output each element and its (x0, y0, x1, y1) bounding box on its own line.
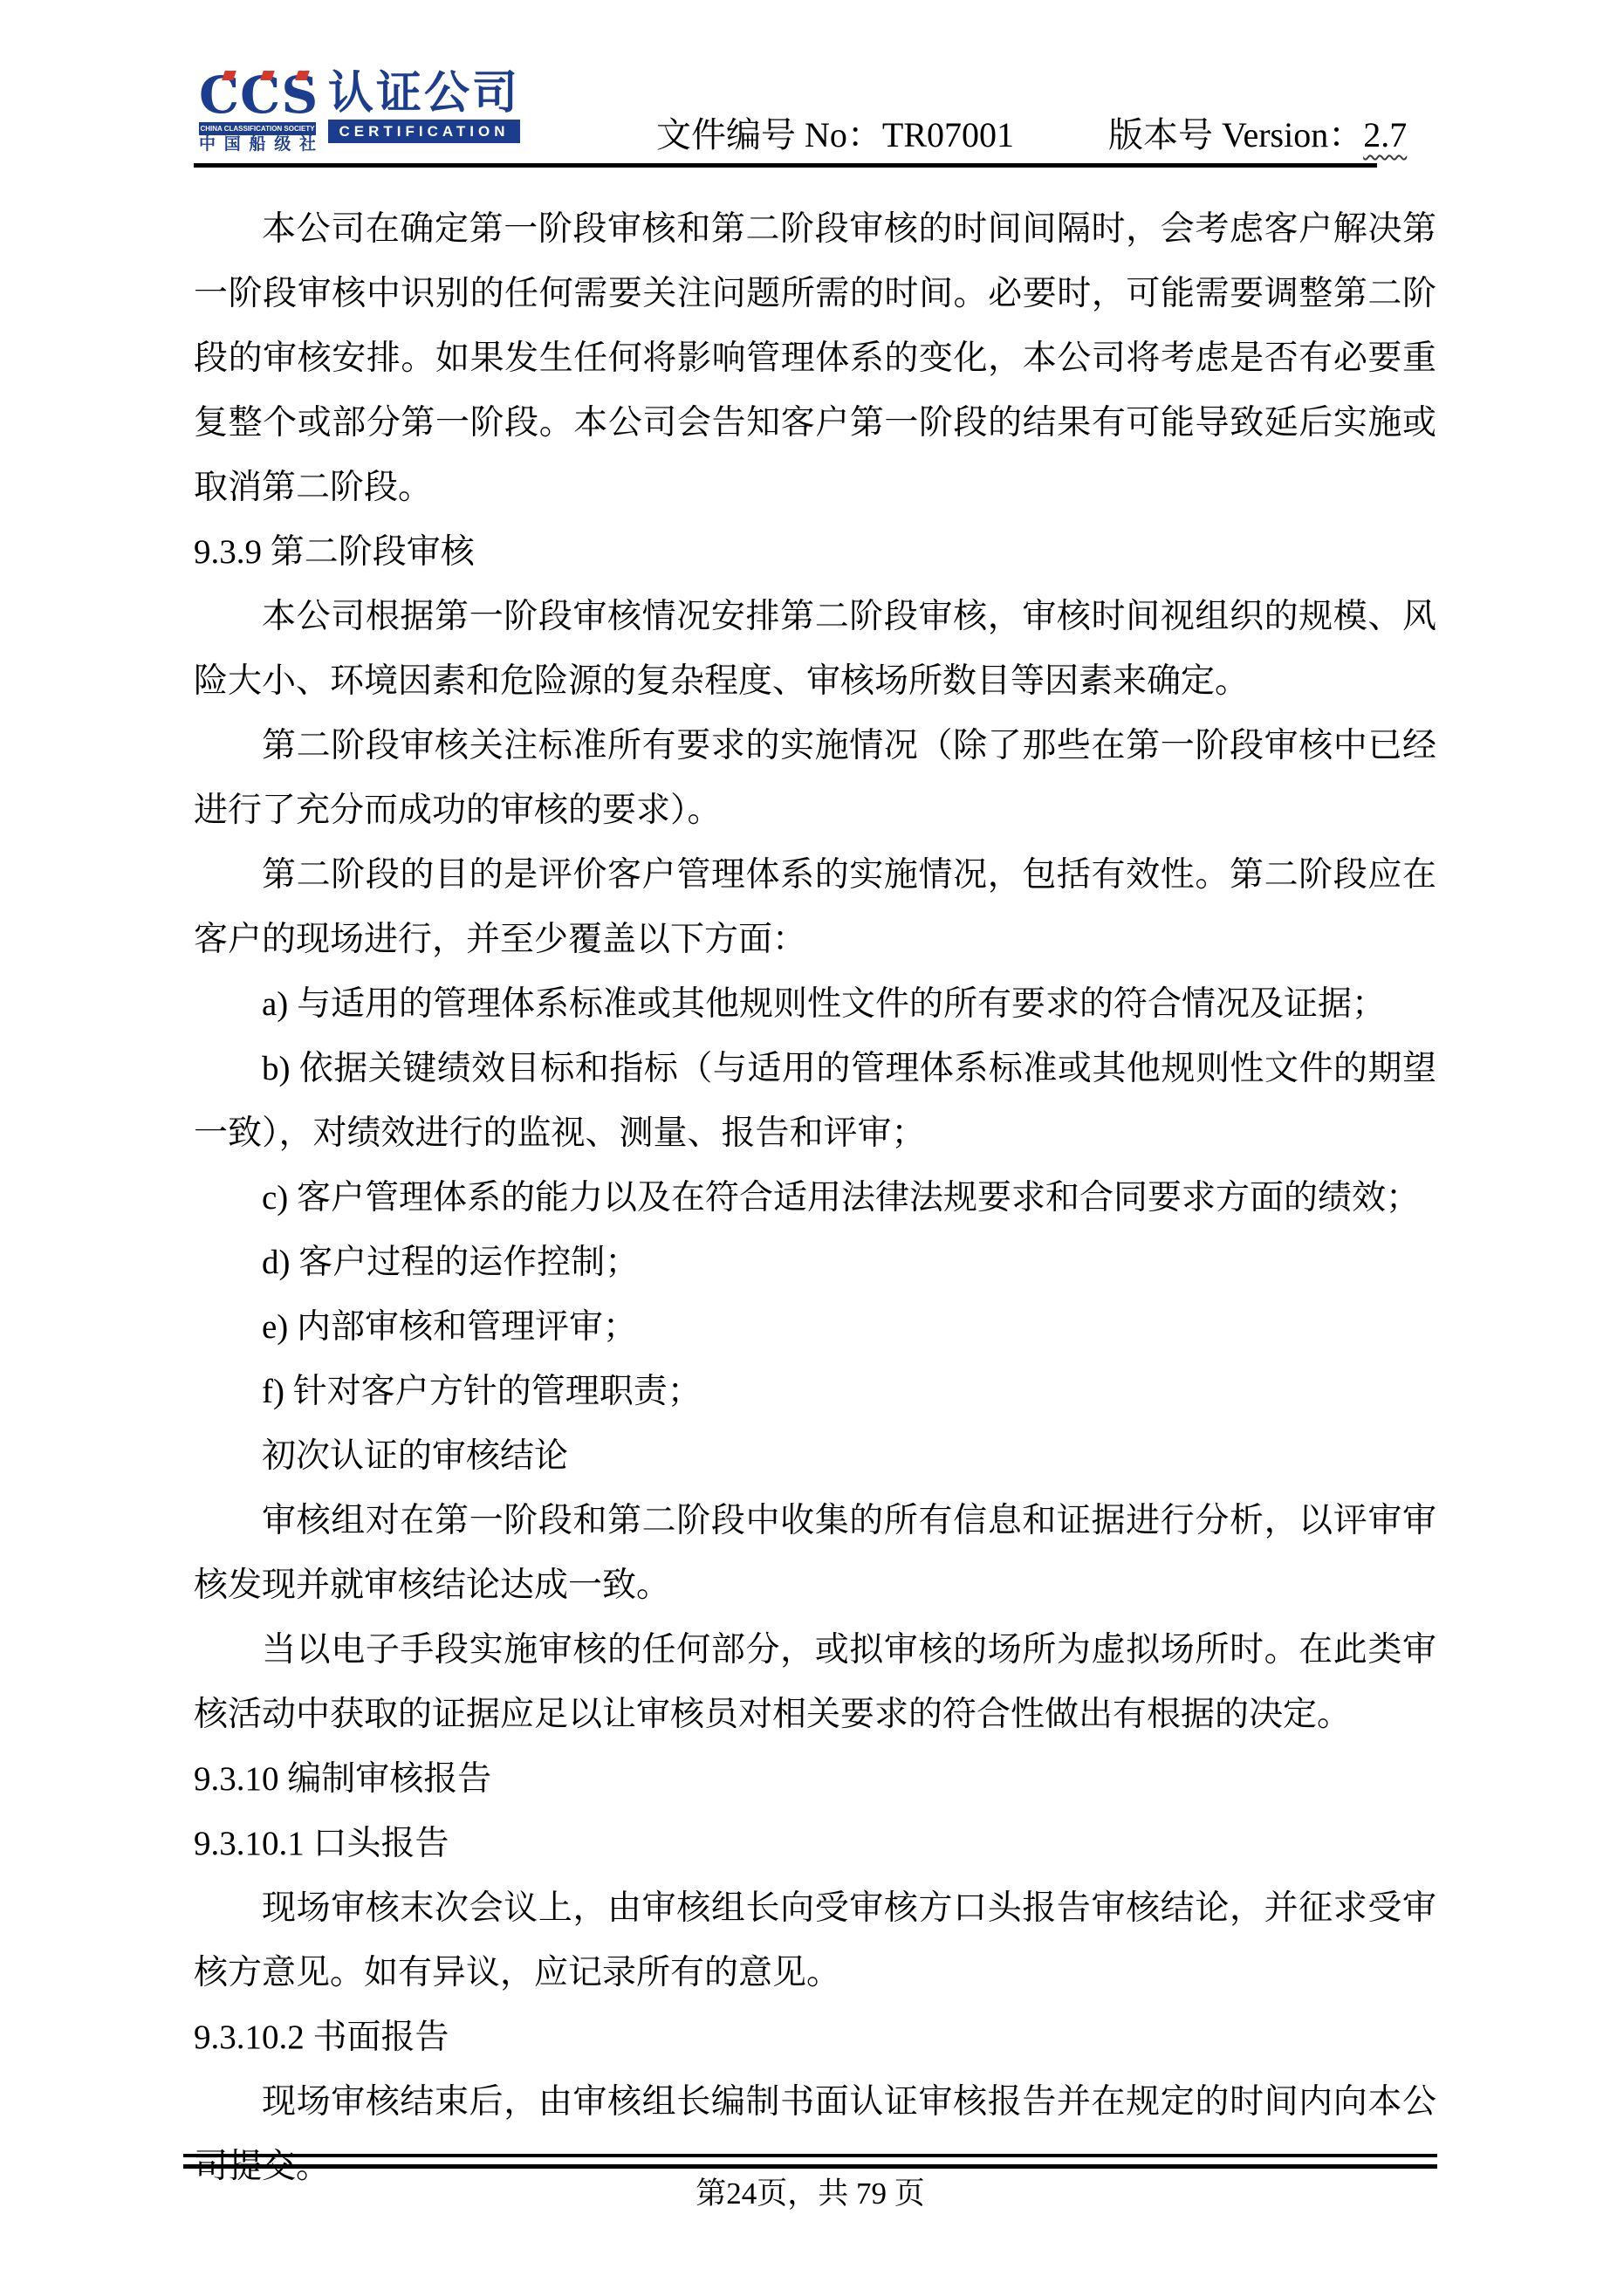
heading-9-3-10: 9.3.10 编制审核报告 (194, 1747, 1436, 1812)
doc-number-value: TR07001 (882, 115, 1014, 154)
page-number: 第24页，共 79 页 (183, 2177, 1437, 2211)
version: 版本号 Version：2.7 (1108, 115, 1407, 154)
doc-number-label: 文件编号 No： (656, 115, 882, 154)
list-item-a: a) 与适用的管理体系标准或其他规则性文件的所有要求的符合情况及证据； (194, 972, 1436, 1037)
para-stage2-focus: 第二阶段审核关注标准所有要求的实施情况（除了那些在第一阶段审核中已经进行了充分而… (194, 714, 1436, 843)
para-initial-cert-conclusion-title: 初次认证的审核结论 (194, 1424, 1436, 1489)
document-body: 本公司在确定第一阶段审核和第二阶段审核的时间间隔时，会考虑客户解决第一阶段审核中… (194, 197, 1436, 2199)
para-stage2-arrangement: 本公司根据第一阶段审核情况安排第二阶段审核，审核时间视组织的规模、风险大小、环境… (194, 585, 1436, 714)
logo-ccs-mark: CCS (199, 70, 319, 120)
logo-society-cn-char: 中 (199, 136, 216, 154)
list-item-b: b) 依据关键绩效目标和指标（与适用的管理体系标准或其他规则性文件的期望一致），… (194, 1037, 1436, 1166)
header-meta: 文件编号 No：TR07001版本号 Version：2.7 (656, 115, 1407, 155)
para-oral-report: 现场审核末次会议上，由审核组长向受审核方口头报告审核结论，并征求受审核方意见。如… (194, 1876, 1436, 2005)
logo-society-cn-char: 级 (274, 136, 291, 154)
header-rule (194, 163, 1377, 168)
heading-9-3-10-2: 9.3.10.2 书面报告 (194, 2005, 1436, 2070)
version-label: 版本号 Version： (1108, 115, 1363, 154)
logo-right-block: 认证公司 CERTIFICATION (328, 70, 520, 143)
ccs-logo: CCS CHINA CLASSIFICATION SOCIETY 中国船级社 认… (199, 70, 520, 154)
footer-rule-top (183, 2154, 1437, 2157)
logo-society-cn: 中国船级社 (199, 136, 316, 154)
list-item-c: c) 客户管理体系的能力以及在符合适用法律法规要求和合同要求方面的绩效； (194, 1166, 1436, 1231)
list-item-f: f) 针对客户方针的管理职责； (194, 1360, 1436, 1424)
logo-society-cn-char: 船 (249, 136, 265, 154)
version-value: 2.7 (1363, 115, 1407, 154)
logo-certification-bar: CERTIFICATION (328, 120, 520, 143)
logo-company-cn-name: 认证公司 (328, 70, 520, 117)
logo-left-block: CCS CHINA CLASSIFICATION SOCIETY 中国船级社 (199, 70, 316, 154)
document-page: CCS CHINA CLASSIFICATION SOCIETY 中国船级社 认… (0, 0, 1624, 2276)
list-item-d: d) 客户过程的运作控制； (194, 1231, 1436, 1295)
logo-society-cn-char: 国 (224, 136, 241, 154)
para-stage-interval: 本公司在确定第一阶段审核和第二阶段审核的时间间隔时，会考虑客户解决第一阶段审核中… (194, 197, 1436, 520)
heading-9-3-10-1: 9.3.10.1 口头报告 (194, 1812, 1436, 1876)
para-audit-team-analysis: 审核组对在第一阶段和第二阶段中收集的所有信息和证据进行分析，以评审审核发现并就审… (194, 1489, 1436, 1618)
footer-rule-bottom (183, 2164, 1437, 2169)
heading-9-3-9: 9.3.9 第二阶段审核 (194, 520, 1436, 585)
para-electronic-audit: 当以电子手段实施审核的任何部分，或拟审核的场所为虚拟场所时。在此类审核活动中获取… (194, 1618, 1436, 1747)
doc-number: 文件编号 No：TR07001 (656, 115, 1014, 154)
list-item-e: e) 内部审核和管理评审； (194, 1295, 1436, 1360)
para-stage2-purpose: 第二阶段的目的是评价客户管理体系的实施情况，包括有效性。第二阶段应在客户的现场进… (194, 843, 1436, 972)
logo-society-cn-char: 社 (299, 136, 316, 154)
